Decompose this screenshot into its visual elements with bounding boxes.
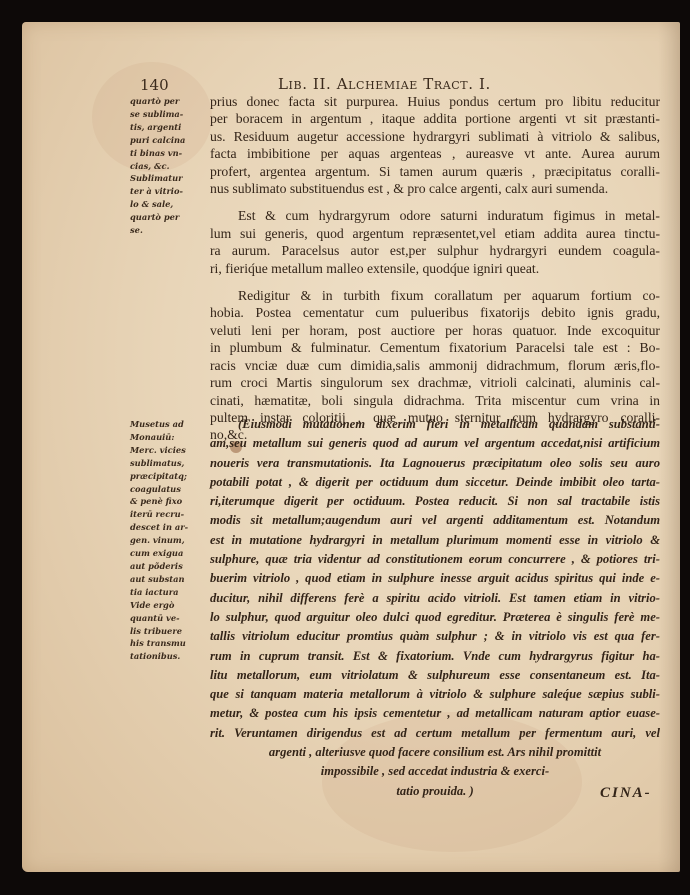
text-line: Redigitur & in turbith fixum corallatum … — [210, 287, 660, 304]
margin-line: quantū ve- — [130, 612, 214, 625]
margin-line: Musetus ad — [130, 418, 214, 431]
text-line: cinati, hæmatitæ, boli singula didrachma… — [210, 392, 660, 409]
margin-line: tia iactura — [130, 586, 214, 599]
text-line: in plumbum & fulminatur. Cementum fixato… — [210, 339, 660, 356]
margin-line: præcipitatq; — [130, 470, 214, 483]
margin-line: iterū recru- — [130, 508, 214, 521]
margin-line: tis, argenti — [130, 121, 214, 134]
margin-line: Monauiū: — [130, 431, 214, 444]
commentary-italic: (Eiusmodi mutationem dixerim fieri in me… — [210, 415, 660, 801]
text-line: prius donec facta sit purpurea. Huius po… — [210, 93, 660, 110]
text-line: metur, & postea cum his ipsis cementetur… — [210, 704, 660, 723]
text-line: modis sit metallum;augendum auri vel arg… — [210, 511, 660, 530]
margin-line: lo & sale, — [130, 198, 214, 211]
margin-line: descet in ar- — [130, 521, 214, 534]
catchword: CINA- — [600, 785, 652, 802]
margin-line: coagulatus — [130, 483, 214, 496]
text-line: est in mutatione hydrargyri in metallum … — [210, 531, 660, 550]
text-line: argenti , alteriusve quod facere consili… — [210, 743, 660, 762]
text-line: ri,iterumque digerit per octiduum. Poste… — [210, 492, 660, 511]
margin-line: puri calcina — [130, 134, 214, 147]
text-line: sulphure, quæ tria videntur ad constitut… — [210, 550, 660, 569]
text-line: veluti leni per horam, post auctiore per… — [210, 322, 660, 339]
text-line: buerim vitriolo , quod etiam in sulphure… — [210, 569, 660, 588]
margin-line: cias, &c. — [130, 160, 214, 173]
margin-line: & penè fixo — [130, 495, 214, 508]
margin-note-1: quartò per se sublima- tis, argenti puri… — [130, 95, 214, 237]
margin-line: se. — [130, 224, 214, 237]
text-line: lum sui generis, quod argentum repræsent… — [210, 225, 660, 242]
text-line: noueris vera transmutationis. Ita Lagnou… — [210, 454, 660, 473]
text-line: litu metallorum, eum vitriolatum & sulph… — [210, 666, 660, 685]
text-line: facta imbibitione per aquas argenteas , … — [210, 145, 660, 162]
text-line: ri, fieriq́ue metallum malleo extensile,… — [210, 260, 660, 277]
margin-line: sublimatus, — [130, 457, 214, 470]
margin-line: Vide ergò — [130, 599, 214, 612]
text-line: tatio prouida. ) — [210, 782, 660, 801]
margin-line: quartò per — [130, 211, 214, 224]
margin-line: ti binas vn- — [130, 147, 214, 160]
text-line: (Eiusmodi mutationem dixerim fieri in me… — [210, 415, 660, 434]
margin-line: tationibus. — [130, 650, 214, 663]
text-line: Est & cum hydrargyrum odore saturni indu… — [210, 207, 660, 224]
margin-line: ter à vitrio- — [130, 185, 214, 198]
text-line: lo sulphur, quod arguitur oleo dulci quo… — [210, 608, 660, 627]
text-line: hobia. Postea cementatur cum pulueribus … — [210, 304, 660, 321]
text-line: nus sublimato substituendus est , & pro … — [210, 180, 660, 197]
text-line: profert, argentea argentum. Si tamen aur… — [210, 163, 660, 180]
text-line: ra aurum. Paracelsus autor est,per sulph… — [210, 242, 660, 259]
text-line: am,seu metallum sui generis quod ad auru… — [210, 434, 660, 453]
margin-line: gen. vinum, — [130, 534, 214, 547]
text-line: tallis vitriolum educitur promtius quàm … — [210, 627, 660, 646]
text-line: que si tanquam materia metallorum à vitr… — [210, 685, 660, 704]
text-line: rum croci Martis singulorum sex drachmæ,… — [210, 374, 660, 391]
margin-line: cum exigua — [130, 547, 214, 560]
margin-line: Sublimatur — [130, 172, 214, 185]
paragraph-1: prius donec facta sit purpurea. Huius po… — [210, 93, 660, 197]
text-line: us. Residuum augetur accessione hydrargy… — [210, 128, 660, 145]
text-line: racis vnciæ duæ cum dimidia,salis ammoni… — [210, 357, 660, 374]
text-line: ducitur, nihil differens ferè a spiritu … — [210, 589, 660, 608]
page-number: 140 — [140, 76, 169, 94]
text-line: impossibile , sed accedat industria & ex… — [210, 762, 660, 781]
running-title: Lib. II. Alchemiae Tract. I. — [278, 75, 491, 93]
margin-note-2: Musetus ad Monauiū: Merc. vicies sublima… — [130, 418, 214, 663]
main-text-roman: prius donec facta sit purpurea. Huius po… — [210, 93, 660, 444]
margin-line: se sublima- — [130, 108, 214, 121]
margin-line: quartò per — [130, 95, 214, 108]
text-line: rit. Veruntamen dirigendus est ad certum… — [210, 724, 660, 743]
margin-line: aut substan — [130, 573, 214, 586]
margin-line: his transmu — [130, 637, 214, 650]
text-line: per boracem in argentum , itaque addita … — [210, 110, 660, 127]
text-line: rum in cuprum transit. Est & fixatorium.… — [210, 647, 660, 666]
margin-line: Merc. vicies — [130, 444, 214, 457]
text-line: potabili potat , & digerit per octiduum … — [210, 473, 660, 492]
book-page: 140 Lib. II. Alchemiae Tract. I. quartò … — [22, 22, 680, 872]
margin-line: lis tribuere — [130, 625, 214, 638]
paragraph-2: Est & cum hydrargyrum odore saturni indu… — [210, 207, 660, 277]
margin-line: aut põderis — [130, 560, 214, 573]
